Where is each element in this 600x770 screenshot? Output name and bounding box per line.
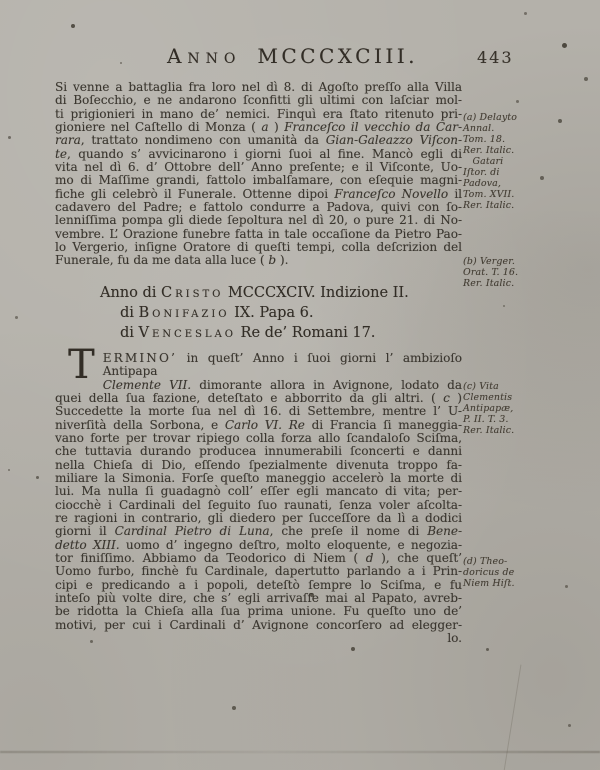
- margin-note-line: Antipapæ,: [463, 403, 556, 414]
- text-line: re ragioni in contrario, gli diedero per…: [55, 512, 462, 525]
- dust-speck: [486, 648, 489, 651]
- dropcap-initial: T: [55, 352, 103, 379]
- text-line: fiche gli celebrò il Funerale. Ottenne d…: [55, 188, 462, 201]
- text-line: lenniſſima pompa gli diede ſepoltura nel…: [55, 214, 462, 227]
- margin-note-line: Niem Hiſt.: [463, 578, 556, 589]
- text-line: vembre. L’ Orazione funebre fatta in tal…: [55, 228, 462, 241]
- year-heading-1394: Anno di Cristo MCCCXCIV. Indizione II.di…: [55, 268, 462, 352]
- dust-speck: [71, 24, 75, 28]
- margin-note-a: (a) DelaytoAnnal.Tom. 18.Rer. Italic. Ga…: [463, 112, 556, 211]
- margin-note-line: Tom. XVII.: [463, 189, 556, 200]
- text-line: rara, trattato nondimeno con umanità da …: [55, 134, 462, 147]
- text-line: giorni il Cardinal Pietro di Luna, che p…: [55, 525, 462, 538]
- margin-note-line: (c) Vita: [463, 381, 556, 392]
- dust-speck: [568, 724, 571, 727]
- text-line: che tuttavia durando producea innumerabi…: [55, 445, 462, 458]
- dust-speck: [8, 136, 11, 139]
- text-line: ti prigionieri in mano de’ nemici. Finqu…: [55, 108, 462, 121]
- text-line: Si venne a battaglia fra loro nel dì 8. …: [55, 81, 462, 94]
- text-line: niverſità della Sorbona, e Carlo VI. Re …: [55, 419, 462, 432]
- dust-speck: [584, 77, 588, 81]
- text-line: ERMINO’ in queſt’ Anno i ſuoi giorni l’ …: [55, 352, 462, 379]
- lead-smallcaps: ERMINO’: [103, 351, 177, 365]
- margin-note-line: Iſtor. di: [463, 167, 556, 178]
- margin-note-line: Rer. Italic.: [463, 278, 556, 289]
- year-heading-line: di Venceslao Re de’ Romani 17.: [55, 323, 462, 343]
- margin-note-line: Tom. 18.: [463, 134, 556, 145]
- text-line: lui. Ma nulla ſi guadagnò coll’ eſſer eg…: [55, 485, 462, 498]
- margin-note-line: Annal.: [463, 123, 556, 134]
- main-text-column: Si venne a battaglia fra loro nel dì 8. …: [55, 81, 462, 645]
- dust-speck: [558, 119, 562, 123]
- header-year-roman: MCCCXCIII.: [257, 44, 418, 68]
- dust-speck: [503, 305, 505, 307]
- text-line: mo di Maſſime grandi, fattolo imbalſamar…: [55, 174, 462, 187]
- paper-crease-diagonal: [504, 665, 522, 770]
- dust-speck: [524, 12, 527, 15]
- text-line: vita nel dì 6. d’ Ottobre dell’ Anno pre…: [55, 161, 462, 174]
- margin-note-line: Orat. T. 16.: [463, 267, 556, 278]
- margin-note-line: Padova,: [463, 178, 556, 189]
- dust-speck: [36, 476, 39, 479]
- margin-note-b: (b) Verger.Orat. T. 16.Rer. Italic.: [463, 256, 556, 289]
- dust-speck: [232, 706, 236, 710]
- dust-speck: [15, 316, 18, 319]
- text-line: vano forte per trovar ripiego colla forz…: [55, 432, 462, 445]
- text-line: cipi e predicando a i popoli, deteſtò ſe…: [55, 579, 462, 592]
- text-line: Uomo furbo, finchè fu Cardinale, dapertu…: [55, 565, 462, 578]
- margin-note-line: Rer. Italic.: [463, 145, 556, 156]
- page-header: AnnoMCCCXCIII.: [120, 44, 465, 68]
- text-line: motivi, per cui i Cardinali d’ Avignone …: [55, 619, 462, 632]
- paragraph-1393: Si venne a battaglia fra loro nel dì 8. …: [55, 81, 462, 268]
- text-line: Succedette la morte ſua nel dì 16. di Se…: [55, 405, 462, 418]
- paragraph-1394-body: Clemente VII. dimorante allora in Avigno…: [55, 379, 462, 646]
- year-heading-line: Anno di Cristo MCCCXCIV. Indizione II.: [55, 283, 462, 303]
- text-line: Funerale, fu da me data alla luce ( b ).: [55, 254, 462, 267]
- text-line: Clemente VII. dimorante allora in Avigno…: [55, 379, 462, 392]
- margin-note-line: Clementis: [463, 392, 556, 403]
- margin-note-line: (b) Verger.: [463, 256, 556, 267]
- paper-crease-horizontal: [0, 751, 600, 753]
- margin-note-line: Rer. Italic.: [463, 425, 556, 436]
- dust-speck: [562, 43, 567, 48]
- year-heading-line: di Bonifazio IX. Papa 6.: [55, 303, 462, 323]
- text-line: lo.: [55, 632, 462, 645]
- text-line: lo Vergerio, inſigne Oratore di queſti t…: [55, 241, 462, 254]
- margin-note-line: doricus de: [463, 567, 556, 578]
- margin-note-line: (d) Theo-: [463, 556, 556, 567]
- page-number: 443: [477, 48, 514, 67]
- paragraph-1394: T ERMINO’ in queſt’ Anno i ſuoi giorni l…: [55, 352, 462, 646]
- margin-note-line: (a) Delayto: [463, 112, 556, 123]
- margin-note-line: P. II. T. 3.: [463, 414, 556, 425]
- text-line: di Boſecchio, e ne andarono ſconfitti gl…: [55, 94, 462, 107]
- margin-note-c: (c) VitaClementisAntipapæ,P. II. T. 3.Re…: [463, 381, 556, 436]
- dust-speck: [565, 585, 568, 588]
- dust-speck: [351, 647, 355, 651]
- text-line: ciocchè i Cardinali del ſeguito ſuo raun…: [55, 499, 462, 512]
- text-line: nella Chieſa di Dio, eſſendo ſpezialment…: [55, 459, 462, 472]
- text-line: inteſo più volte dire, che s’ egli arriv…: [55, 592, 462, 605]
- dust-speck: [8, 469, 10, 471]
- scanned-book-page: AnnoMCCCXCIII. 443 Si venne a battaglia …: [0, 0, 600, 770]
- text-line: detto XIII. uomo d’ ingegno deſtro, molt…: [55, 539, 462, 552]
- header-anno-label: Anno: [167, 44, 241, 68]
- dust-speck: [516, 100, 519, 103]
- margin-note-d: (d) Theo-doricus deNiem Hiſt.: [463, 556, 556, 589]
- text-line: be ridotta la Chieſa alla ſua prima unio…: [55, 605, 462, 618]
- margin-note-line: Rer. Italic.: [463, 200, 556, 211]
- margin-note-line: Gatari: [463, 156, 556, 167]
